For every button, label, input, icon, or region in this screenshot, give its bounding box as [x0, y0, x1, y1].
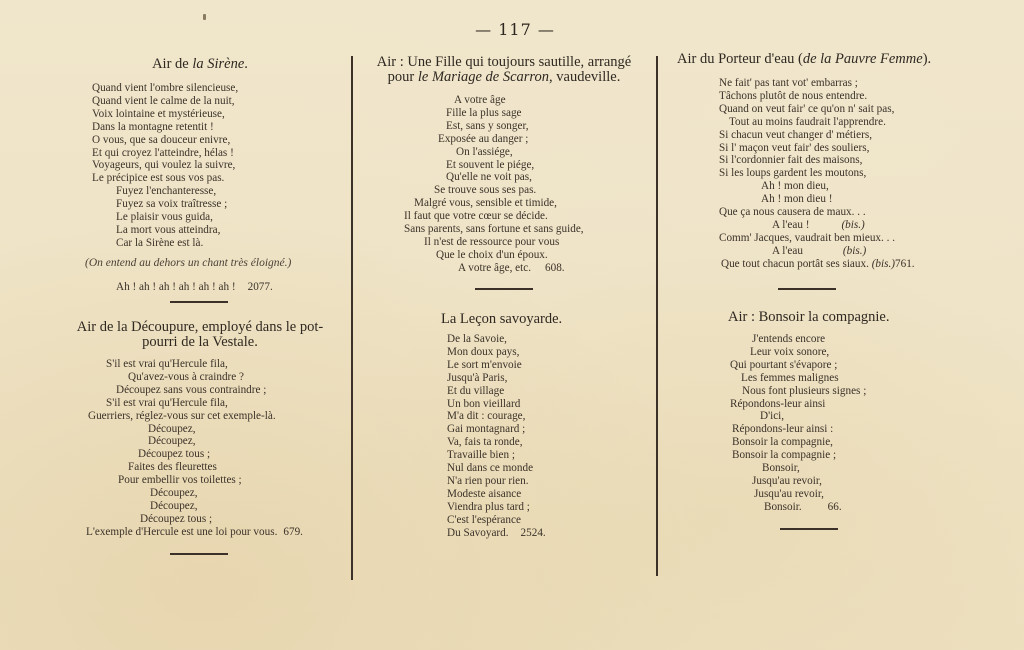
lyric-line: Viendra plus tard ;	[447, 501, 546, 514]
lyric-line: Si l'cordonnier fait des maisons,	[719, 154, 959, 167]
song-une-fille-qui-toujours-sautille: Air : Une Fille qui toujours sautille, a…	[362, 55, 646, 85]
lyric-line: La mort vous atteindra,	[92, 224, 238, 237]
lyric-line: On l'assiége,	[400, 146, 640, 159]
song-lyrics-decoupure: S'il est vrai qu'Hercule fila, Qu'avez-v…	[88, 358, 328, 539]
lyric-line: Si les loups gardent les moutons,	[719, 167, 959, 180]
lyric-line: Sans parents, sans fortune et sans guide…	[400, 223, 640, 236]
lyric-line: A votre âge	[400, 94, 640, 107]
bis-marker: (bis.)	[841, 219, 864, 231]
lyric-line: J'entends encore	[730, 333, 930, 346]
lyric-line: Découpez tous ;	[88, 448, 328, 461]
section-separator	[475, 288, 533, 290]
lyric-line: Il n'est de ressource pour vous	[400, 236, 640, 249]
lyric-line: Ne fait' pas tant vot' embarras ;	[719, 77, 959, 90]
lyric-line: Et du village	[447, 385, 546, 398]
title-italic: de la Pauvre Femme	[803, 51, 923, 67]
title-text: Air de	[152, 56, 192, 72]
song-title: Air du Porteur d'eau (de la Pauvre Femme…	[677, 52, 957, 67]
lyric-line: Quand vient le calme de la nuit,	[92, 95, 238, 108]
column-divider-right	[656, 56, 658, 576]
song-air-du-porteur-d-eau: Air du Porteur d'eau (de la Pauvre Femme…	[677, 52, 957, 67]
lyric-line: Mon doux pays,	[447, 346, 546, 359]
lyric-line: L'exemple d'Hercule est une loi pour vou…	[86, 526, 277, 538]
lyric-line: Du Savoyard.	[447, 527, 509, 539]
lyric-line: Voix lointaine et mystérieuse,	[92, 108, 238, 121]
lyric-line: Découpez,	[88, 500, 328, 513]
song-title-line-1: Air : Une Fille qui toujours sautille, a…	[362, 55, 646, 70]
lyric-line: Comm' Jacques, vaudrait ben mieux. . .	[719, 232, 959, 245]
lyric-line: N'a rien pour rien.	[447, 475, 546, 488]
song-la-lecon-savoyarde: La Leçon savoyarde.	[400, 312, 640, 327]
lyric-line: Et souvent le piége,	[400, 159, 640, 172]
lyric-line: Voyageurs, qui voulez la suivre,	[92, 159, 238, 172]
reference-number: 2524.	[521, 527, 546, 539]
lyric-line: Découpez,	[88, 423, 328, 436]
lyric-line: Si chacun veut changer d' métiers,	[719, 129, 959, 142]
lyric-line: Fille la plus sage	[400, 107, 640, 120]
lyric-line: Se trouve sous ses pas.	[400, 184, 640, 197]
lyric-line: Découpez,	[88, 487, 328, 500]
lyric-line: A l'eau !	[772, 219, 809, 231]
lyric-line: Quand on veut fair' ce qu'on n' sait pas…	[719, 103, 959, 116]
lyric-line: Leur voix sonore,	[730, 346, 930, 359]
lyric-line: Si l' maçon veut fair' des souliers,	[719, 142, 959, 155]
lyric-line: Malgré vous, sensible et timide,	[400, 197, 640, 210]
reference-number: 2077.	[248, 281, 273, 293]
lyric-line: Le sort m'envoie	[447, 359, 546, 372]
lyric-line: D'ici,	[730, 410, 930, 423]
lyric-line: Fuyez l'enchanteresse,	[92, 185, 238, 198]
song-title-line-2: pour le Mariage de Scarron, vaudeville.	[362, 70, 646, 85]
lyric-line: Un bon vieillard	[447, 398, 546, 411]
song-title-line-1: Air de la Découpure, employé dans le pot…	[60, 320, 340, 335]
section-separator	[170, 301, 228, 303]
lyric-line: S'il est vrai qu'Hercule fila,	[88, 358, 328, 371]
lyric-line: Ah ! ah ! ah ! ah ! ah ! ah !	[116, 281, 236, 293]
lyric-line: Qu'avez-vous à craindre ?	[88, 371, 328, 384]
reference-number: 608.	[545, 262, 565, 274]
lyric-line: Guerriers, réglez-vous sur cet exemple-l…	[88, 410, 328, 423]
column-divider-left	[351, 56, 353, 580]
lyric-line: Travaille bien ;	[447, 449, 546, 462]
section-separator	[778, 288, 836, 290]
lyric-line: Tout au moins faudrait l'apprendre.	[719, 116, 959, 129]
lyric-line: Fuyez sa voix traîtresse ;	[92, 198, 238, 211]
lyric-line: C'est l'espérance	[447, 514, 546, 527]
section-separator	[780, 528, 838, 530]
lyric-line: Ah ! mon dieu,	[719, 180, 959, 193]
lyric-line: Nous font plusieurs signes ;	[730, 385, 930, 398]
song-final-line: Ah ! ah ! ah ! ah ! ah ! ah !2077.	[116, 275, 273, 294]
lyric-line: Il faut que votre cœur se décide.	[400, 210, 640, 223]
reference-number: 679.	[283, 526, 303, 538]
lyric-line: Dans la montagne retentit !	[92, 121, 238, 134]
song-title: Air de la Sirène.	[60, 57, 340, 72]
title-text: Air du Porteur d'eau (	[677, 51, 803, 67]
song-lyrics-bonsoir: J'entends encore Leur voix sonore, Qui p…	[730, 333, 930, 514]
lyric-line: Répondons-leur ainsi	[730, 398, 930, 411]
reference-number: 66.	[828, 501, 842, 513]
title-end: , vaudeville.	[549, 69, 620, 85]
lyric-line: Pour embellir vos toilettes ;	[88, 474, 328, 487]
section-separator	[170, 553, 228, 555]
lyric-line: Bonsoir,	[730, 462, 930, 475]
stage-direction: (On entend au dehors un chant très éloig…	[85, 257, 291, 269]
song-lyrics-sirene: Quand vient l'ombre silencieuse, Quand v…	[92, 82, 238, 250]
lyric-line: M'a dit : courage,	[447, 410, 546, 423]
lyric-line: O vous, que sa douceur enivre,	[92, 134, 238, 147]
title-end: ).	[923, 51, 931, 67]
song-title: La Leçon savoyarde.	[400, 312, 640, 327]
lyric-line: Modeste aisance	[447, 488, 546, 501]
lyric-line: Découpez sans vous contraindre ;	[88, 384, 328, 397]
lyric-line: Bonsoir.	[764, 501, 802, 513]
lyric-line: Tâchons plutôt de nous entendre.	[719, 90, 959, 103]
lyric-line: Est, sans y songer,	[400, 120, 640, 133]
song-lyrics-porteur: Ne fait' pas tant vot' embarras ; Tâchon…	[719, 77, 959, 271]
lyric-line: Que tout chacun portât ses siaux.	[721, 258, 869, 270]
lyric-line: A votre âge, etc.	[458, 262, 531, 274]
ink-speck	[203, 14, 206, 20]
lyric-line: Qu'elle ne voit pas,	[400, 171, 640, 184]
title-italic: le Mariage de Scarron	[418, 69, 549, 85]
lyric-line: Que ça nous causera de maux. . .	[719, 206, 959, 219]
song-air-de-la-sirene: Air de la Sirène.	[60, 57, 340, 72]
title-italic: la Sirène	[192, 56, 244, 72]
lyric-line: Répondons-leur ainsi :	[730, 423, 930, 436]
lyric-line: De la Savoie,	[447, 333, 546, 346]
lyric-line: Ah ! mon dieu !	[719, 193, 959, 206]
lyric-line: Exposée au danger ;	[400, 133, 640, 146]
lyric-line: Et qui croyez l'atteindre, hélas !	[92, 147, 238, 160]
bis-marker: (bis.)	[872, 258, 895, 270]
lyric-line: Que le choix d'un époux.	[400, 249, 640, 262]
lyric-line: Découpez tous ;	[88, 513, 328, 526]
song-title: Air : Bonsoir la compagnie.	[700, 310, 920, 325]
lyric-line: Bonsoir la compagnie ;	[730, 449, 930, 462]
title-text: pour	[388, 69, 418, 85]
lyric-line: Qui pourtant s'évapore ;	[730, 359, 930, 372]
lyric-line: Gai montagnard ;	[447, 423, 546, 436]
lyric-line: Découpez,	[88, 435, 328, 448]
song-air-de-la-decoupure: Air de la Découpure, employé dans le pot…	[60, 320, 340, 350]
song-title-line-2: pourri de la Vestale.	[60, 335, 340, 350]
lyric-line: Nul dans ce monde	[447, 462, 546, 475]
bis-marker: (bis.)	[843, 245, 866, 257]
lyric-line: S'il est vrai qu'Hercule fila,	[88, 397, 328, 410]
lyric-line: Bonsoir la compagnie,	[730, 436, 930, 449]
lyric-line: Jusqu'au revoir,	[730, 488, 930, 501]
song-lyrics-savoyarde: De la Savoie, Mon doux pays, Le sort m'e…	[447, 333, 546, 540]
title-end: .	[244, 56, 248, 72]
lyric-line: Jusqu'à Paris,	[447, 372, 546, 385]
page-number: — 117 —	[450, 20, 580, 39]
lyric-line: Va, fais ta ronde,	[447, 436, 546, 449]
reference-number: 761.	[895, 258, 915, 270]
song-lyrics-fille: A votre âge Fille la plus sage Est, sans…	[400, 94, 640, 275]
lyric-line: Les femmes malignes	[730, 372, 930, 385]
lyric-line: Faites des fleurettes	[88, 461, 328, 474]
lyric-line: Jusqu'au revoir,	[730, 475, 930, 488]
lyric-line: Car la Sirène est là.	[92, 237, 238, 250]
lyric-line: Le précipice est sous vos pas.	[92, 172, 238, 185]
lyric-line: Quand vient l'ombre silencieuse,	[92, 82, 238, 95]
lyric-line: A l'eau	[772, 245, 803, 257]
song-bonsoir-la-compagnie: Air : Bonsoir la compagnie.	[700, 310, 920, 325]
lyric-line: Le plaisir vous guida,	[92, 211, 238, 224]
